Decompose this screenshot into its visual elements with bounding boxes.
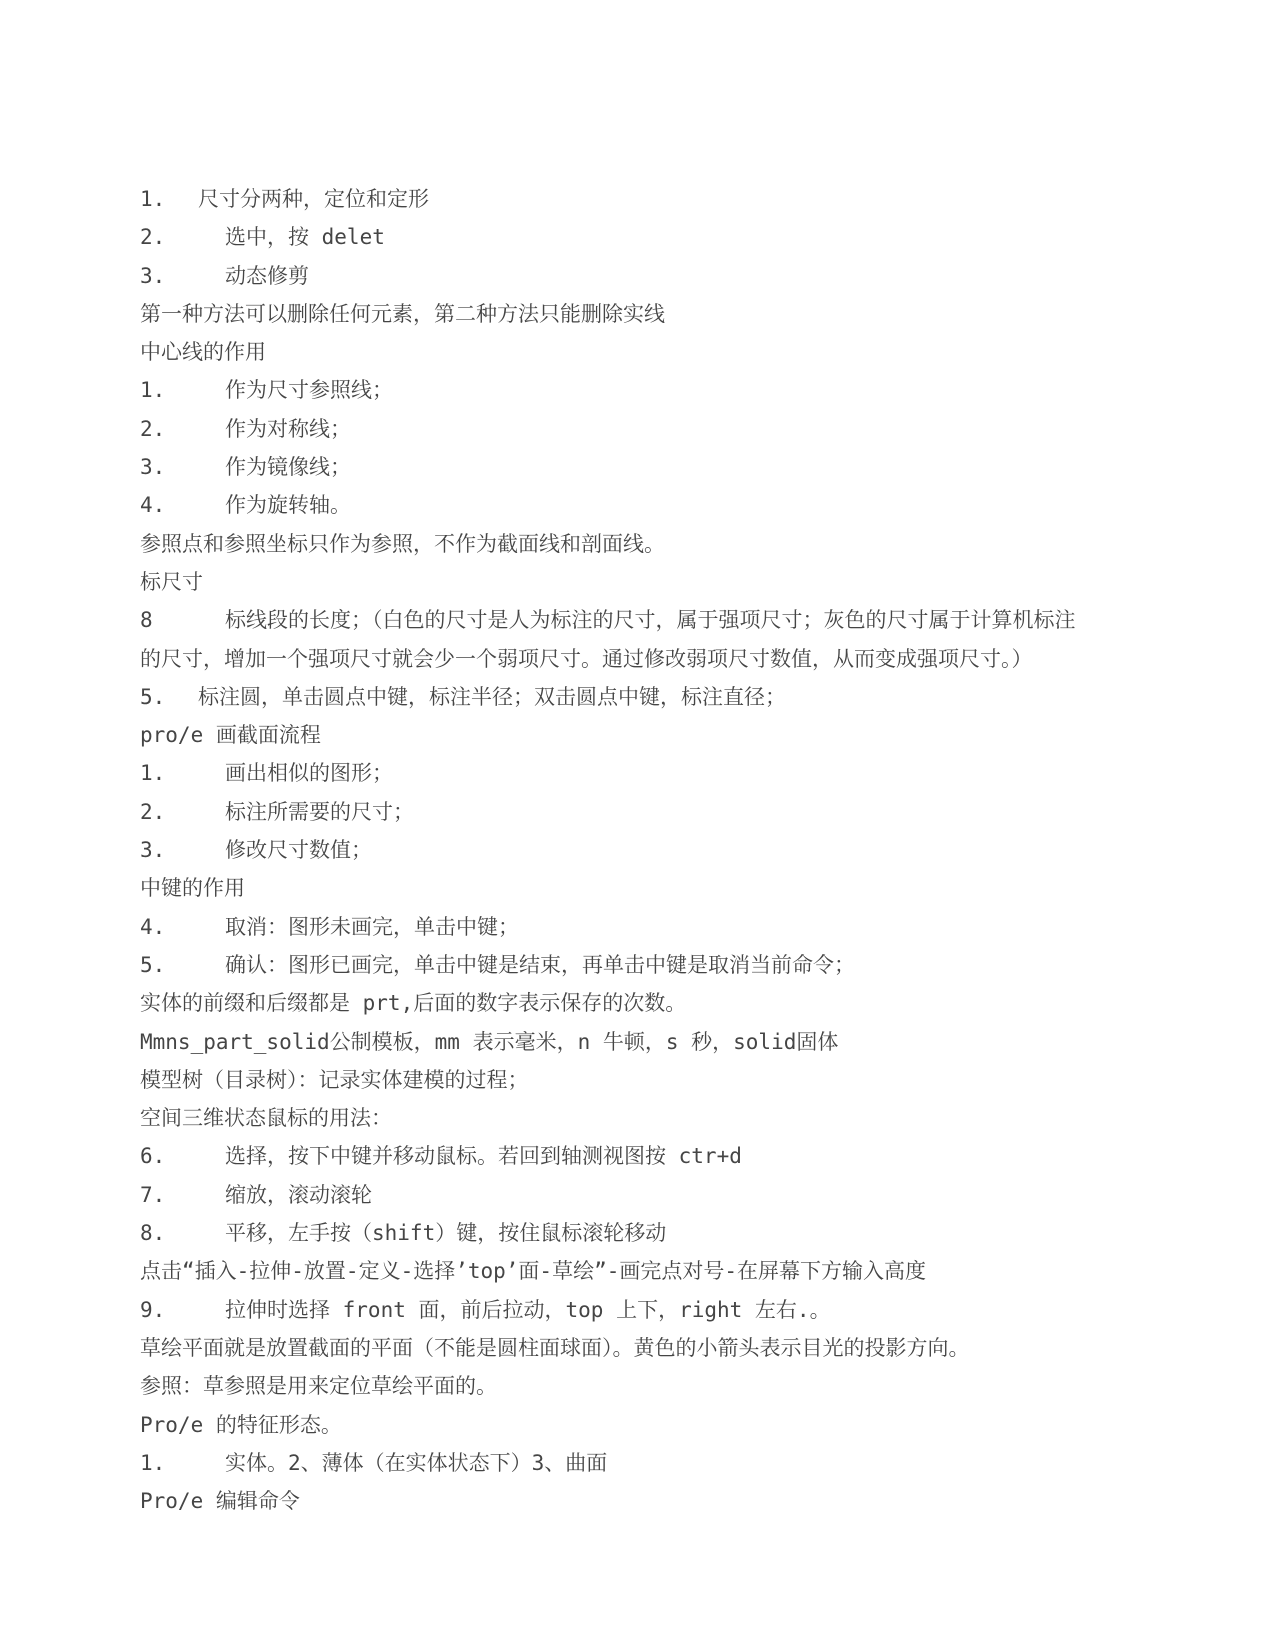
line-text: Pro/e 的特征形态。 (140, 1413, 342, 1437)
list-item: 2.标注所需要的尺寸； (140, 793, 1150, 831)
text-line: 空间三维状态鼠标的用法： (140, 1099, 1150, 1137)
list-number: 5. (140, 946, 225, 984)
list-item: 6.选择，按下中键并移动鼠标。若回到轴测视图按 ctr+d (140, 1137, 1150, 1175)
list-number: 9. (140, 1291, 225, 1329)
list-item: 7.缩放，滚动滚轮 (140, 1176, 1150, 1214)
line-text: Pro/e 编辑命令 (140, 1489, 300, 1513)
list-item: 5.确认：图形已画完，单击中键是结束，再单击中键是取消当前命令； (140, 946, 1150, 984)
text-line: Pro/e 编辑命令 (140, 1482, 1150, 1520)
line-text: 选择，按下中键并移动鼠标。若回到轴测视图按 ctr+d (225, 1144, 742, 1168)
line-text: 的尺寸，增加一个强项尺寸就会少一个弱项尺寸。通过修改弱项尺寸数值，从而变成强项尺… (140, 647, 1033, 671)
line-text: 参照点和参照坐标只作为参照，不作为截面线和剖面线。 (140, 532, 665, 556)
line-text: 草绘平面就是放置截面的平面（不能是圆柱面球面）。黄色的小箭头表示目光的投影方向。 (140, 1336, 970, 1360)
text-line: pro/e 画截面流程 (140, 716, 1150, 754)
list-number: 7. (140, 1176, 225, 1214)
text-line: 中键的作用 (140, 869, 1150, 907)
list-item: 3.修改尺寸数值； (140, 831, 1150, 869)
list-item: 3.动态修剪 (140, 257, 1150, 295)
list-item: 3.作为镜像线； (140, 448, 1150, 486)
text-line: Mmns_part_solid公制模板，mm 表示毫米，n 牛顿，s 秒，sol… (140, 1023, 1150, 1061)
list-number: 3. (140, 257, 225, 295)
list-number: 3. (140, 831, 225, 869)
line-text: 动态修剪 (225, 264, 309, 288)
list-item: 2.选中，按 delet (140, 218, 1150, 256)
list-item: 4.作为旋转轴。 (140, 486, 1150, 524)
line-text: 画出相似的图形； (225, 761, 393, 785)
line-text: 标注所需要的尺寸； (225, 800, 414, 824)
text-line: 的尺寸，增加一个强项尺寸就会少一个弱项尺寸。通过修改弱项尺寸数值，从而变成强项尺… (140, 640, 1150, 678)
line-text: 实体。2、薄体（在实体状态下）3、曲面 (225, 1451, 607, 1475)
list-number: 2. (140, 410, 225, 448)
list-item: 9.拉伸时选择 front 面，前后拉动，top 上下，right 左右.。 (140, 1291, 1150, 1329)
list-number: 4. (140, 486, 225, 524)
line-text: 空间三维状态鼠标的用法： (140, 1106, 392, 1130)
list-item: 5.标注圆，单击圆点中键，标注半径；双击圆点中键，标注直径； (140, 678, 1150, 716)
list-number: 4. (140, 908, 225, 946)
list-number: 2. (140, 218, 225, 256)
line-text: 标尺寸 (140, 570, 203, 594)
list-number: 6. (140, 1137, 225, 1175)
list-item: 1.尺寸分两种，定位和定形 (140, 180, 1150, 218)
line-text: 取消：图形未画完，单击中键； (225, 915, 519, 939)
text-line: 草绘平面就是放置截面的平面（不能是圆柱面球面）。黄色的小箭头表示目光的投影方向。 (140, 1329, 1150, 1367)
list-number: 1. (140, 180, 198, 218)
list-number: 2. (140, 793, 225, 831)
list-number: 1. (140, 371, 225, 409)
list-number: 8. (140, 1214, 225, 1252)
line-text: 第一种方法可以删除任何元素，第二种方法只能删除实线 (140, 302, 665, 326)
text-line: 参照点和参照坐标只作为参照，不作为截面线和剖面线。 (140, 525, 1150, 563)
line-text: 选中，按 delet (225, 225, 385, 249)
text-line: 点击“插入-拉伸-放置-定义-选择’top’面-草绘”-画完点对号-在屏幕下方输… (140, 1252, 1150, 1290)
line-text: 确认：图形已画完，单击中键是结束，再单击中键是取消当前命令； (225, 953, 855, 977)
line-text: 中键的作用 (140, 876, 245, 900)
list-item: 4.取消：图形未画完，单击中键； (140, 908, 1150, 946)
line-text: 作为对称线； (225, 417, 351, 441)
list-item: 2.作为对称线； (140, 410, 1150, 448)
list-number: 3. (140, 448, 225, 486)
line-text: 作为镜像线； (225, 455, 351, 479)
line-text: 修改尺寸数值； (225, 838, 372, 862)
list-item: 1.实体。2、薄体（在实体状态下）3、曲面 (140, 1444, 1150, 1482)
line-text: 模型树（目录树）：记录实体建模的过程； (140, 1068, 529, 1092)
line-text: 标注圆，单击圆点中键，标注半径；双击圆点中键，标注直径； (198, 685, 786, 709)
list-number: 1. (140, 1444, 225, 1482)
text-line: 参照：草参照是用来定位草绘平面的。 (140, 1367, 1150, 1405)
document-body: 1.尺寸分两种，定位和定形 2.选中，按 delet 3.动态修剪 第一种方法可… (140, 180, 1150, 1520)
text-line: 中心线的作用 (140, 333, 1150, 371)
line-text: 点击“插入-拉伸-放置-定义-选择’top’面-草绘”-画完点对号-在屏幕下方输… (140, 1259, 926, 1283)
list-item: 8.平移，左手按（shift）键，按住鼠标滚轮移动 (140, 1214, 1150, 1252)
list-number: 1. (140, 754, 225, 792)
text-line: 实体的前缀和后缀都是 prt,后面的数字表示保存的次数。 (140, 984, 1150, 1022)
line-text: 参照：草参照是用来定位草绘平面的。 (140, 1374, 497, 1398)
text-line: 第一种方法可以删除任何元素，第二种方法只能删除实线 (140, 295, 1150, 333)
line-text: Mmns_part_solid公制模板，mm 表示毫米，n 牛顿，s 秒，sol… (140, 1030, 838, 1054)
list-number: 8 (140, 601, 225, 639)
list-number: 5. (140, 678, 198, 716)
line-text: 作为旋转轴。 (225, 493, 351, 517)
text-line: 模型树（目录树）：记录实体建模的过程； (140, 1061, 1150, 1099)
list-item: 1.画出相似的图形； (140, 754, 1150, 792)
line-text: 中心线的作用 (140, 340, 266, 364)
line-text: 拉伸时选择 front 面，前后拉动，top 上下，right 左右.。 (225, 1298, 831, 1322)
list-item: 1.作为尺寸参照线； (140, 371, 1150, 409)
document-page: 1.尺寸分两种，定位和定形 2.选中，按 delet 3.动态修剪 第一种方法可… (0, 0, 1275, 1650)
line-text: 实体的前缀和后缀都是 prt,后面的数字表示保存的次数。 (140, 991, 686, 1015)
text-line: Pro/e 的特征形态。 (140, 1406, 1150, 1444)
line-text: pro/e 画截面流程 (140, 723, 321, 747)
line-text: 尺寸分两种，定位和定形 (198, 187, 429, 211)
text-line: 标尺寸 (140, 563, 1150, 601)
line-text: 缩放，滚动滚轮 (225, 1183, 372, 1207)
line-text: 平移，左手按（shift）键，按住鼠标滚轮移动 (225, 1221, 666, 1245)
line-text: 作为尺寸参照线； (225, 378, 393, 402)
line-text: 标线段的长度；（白色的尺寸是人为标注的尺寸，属于强项尺寸；灰色的尺寸属于计算机标… (225, 608, 1076, 632)
list-item: 8标线段的长度；（白色的尺寸是人为标注的尺寸，属于强项尺寸；灰色的尺寸属于计算机… (140, 601, 1150, 639)
